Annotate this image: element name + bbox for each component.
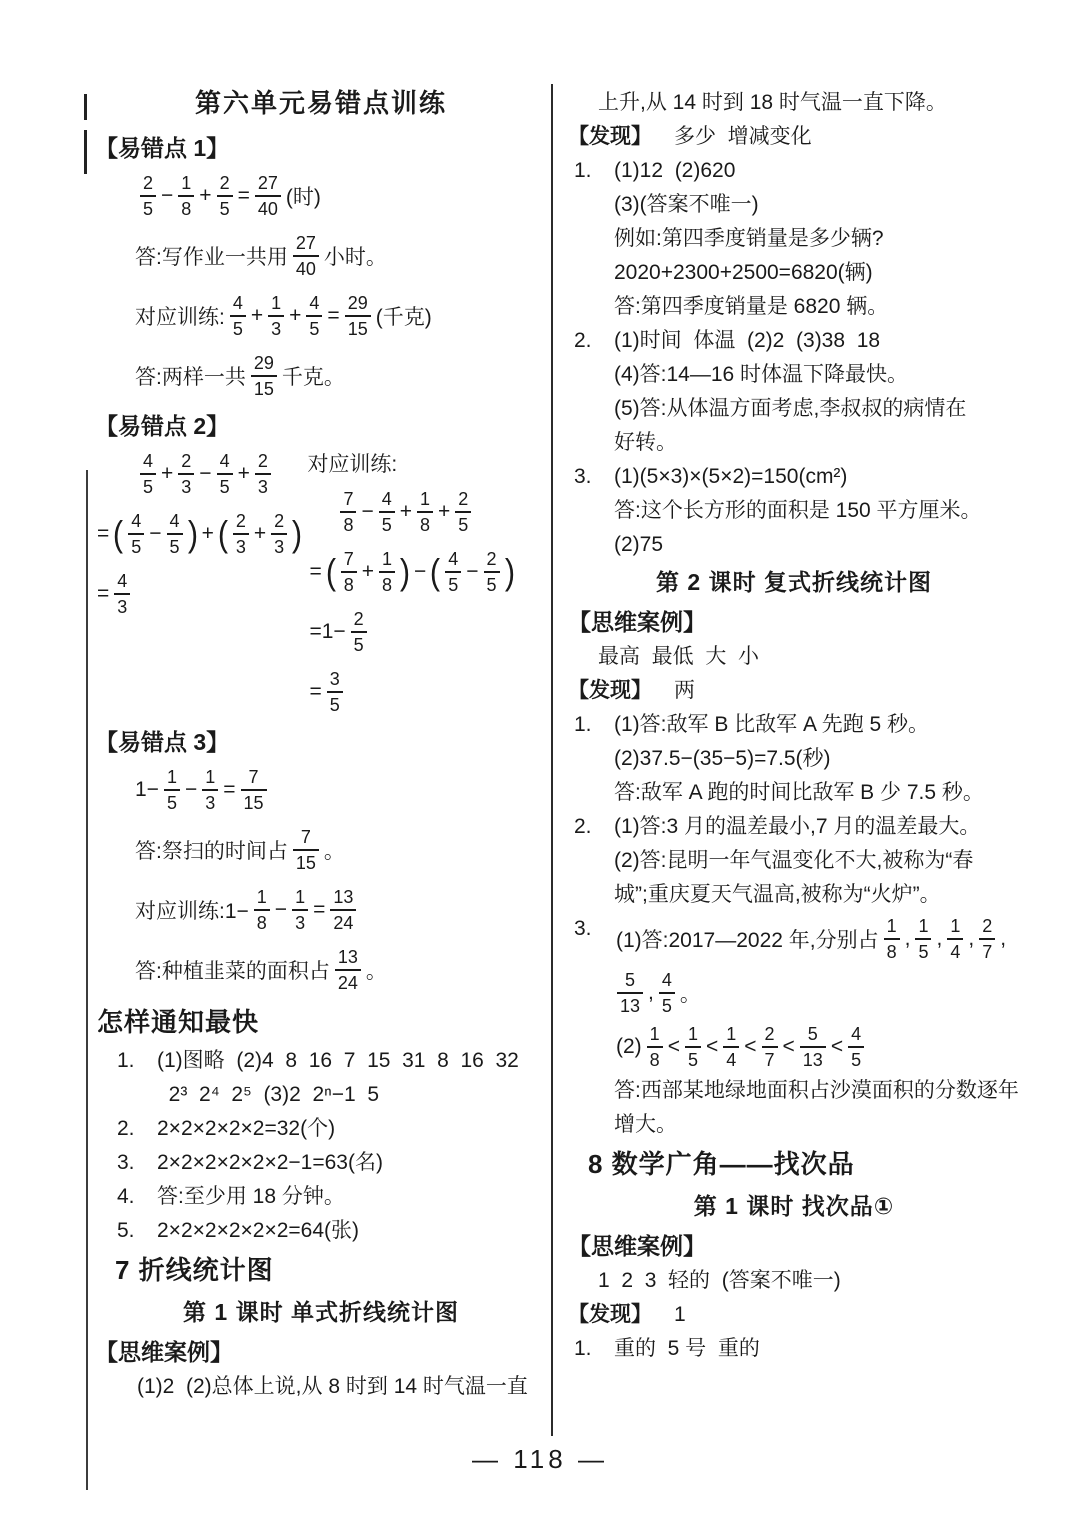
equation-line: =43 [95,564,307,624]
answer-item: 1.重的 5 号 重的 [568,1332,1020,1366]
fraction: 14 [947,917,963,961]
math-text: , [905,927,911,951]
item-number: 5. [95,1214,157,1248]
item-lines: (1)图略 (2)4 8 16 7 15 31 8 16 32 2³ 2⁴ 2⁵… [157,1044,547,1112]
math-text: 千克。 [282,361,345,391]
fraction: 45 [167,512,183,556]
workbook-answer-page: 第六单元易错点训练 【易错点 1】 25−18+25=2740(时) 答:写作业… [0,0,1080,1528]
math-text: (千克) [376,301,432,331]
fraction: 15 [164,768,180,812]
item-lines: (1)时间 体温 (2)2 (3)38 18(4)答:14—16 时体温下降最快… [614,324,1020,460]
answer-line: 513,45。 [614,966,1020,1020]
big-paren: ) [292,516,302,552]
math-text: 答:两样一共 [135,361,246,391]
math-text: + [438,500,450,524]
worked-solution-block: 45+23−45+23 =(45−45)+(23+23) =43 对应训练: 7… [95,444,547,722]
item-lines: (1)答:3 月的温差最小,7 月的温差最大。(2)答:昆明一年气温变化不大,被… [614,810,1020,912]
math-text: − [466,560,478,584]
answer-item: 5.2×2×2×2×2×2=64(张) [95,1214,547,1248]
math-text: = [97,522,109,546]
answer-line: (5)答:从体温方面考虑,李叔叔的病情在 [614,392,1020,426]
fraction: 25 [351,610,367,654]
math-text: + [202,522,214,546]
discovery-label: 【发现】 [568,120,652,154]
math-text: < [783,1035,795,1059]
math-text: + [289,304,301,328]
worked-solution-left: 45+23−45+23 =(45−45)+(23+23) =43 [95,444,307,722]
math-text: 答:写作业一共用 [135,241,288,271]
math-text: < [668,1035,680,1059]
fraction: 1324 [335,948,361,992]
answer-line: 1 2 3 轻的 (答案不唯一) [568,1264,1020,1298]
math-text: + [199,184,211,208]
equation-line: 1−15−13=715 [95,760,547,820]
answer-item: 2.2×2×2×2×2=32(个) [95,1112,547,1146]
item-number: 2. [568,810,614,912]
item-lines: (1)(5×3)×(5×2)=150(cm²)答:这个长方形的面积是 150 平… [614,460,1020,562]
fraction: 78 [341,550,357,594]
equation-line: =(78+18)−(45−25) [307,542,547,602]
column-divider [551,84,553,1436]
chapter-7-title: 7 折线统计图 [95,1248,547,1292]
math-text: 。 [366,955,387,985]
math-text: 。 [680,978,701,1008]
fraction: 45 [140,452,156,496]
answer-line: (1)时间 体温 (2)2 (3)38 18 [614,324,1020,358]
left-column: 第六单元易错点训练 【易错点 1】 25−18+25=2740(时) 答:写作业… [95,86,547,1404]
fraction: 35 [327,670,343,714]
math-text: (时) [286,181,321,211]
answer-line: 答:两样一共2915千克。 [95,346,547,406]
answer-item: 3.2×2×2×2×2×2−1=63(名) [95,1146,547,1180]
math-text: = [313,898,325,922]
math-text: + [400,500,412,524]
answer-line: 好转。 [614,426,1020,460]
fraction: 23 [255,452,271,496]
big-paren: ) [187,516,197,552]
math-text: (2) [616,1035,642,1059]
item-number: 4. [95,1180,157,1214]
answer-line: (4)答:14—16 时体温下降最快。 [614,358,1020,392]
item-lines: 答:至少用 18 分钟。 [157,1180,547,1214]
practice-label: 对应训练: [307,448,547,482]
answer-line: (3)(答案不唯一) [614,188,1020,222]
math-text: (1)答:2017—2022 年,分别占 [616,924,879,954]
fraction: 25 [484,550,500,594]
discovery-answer: 1 [674,1298,686,1332]
fraction: 23 [271,512,287,556]
right-column: 上升,从 14 时到 18 时气温一直下降。 【发现】 多少 增减变化 1.(1… [568,86,1020,1366]
answer-line: 答:祭扫的时间占715。 [95,820,547,880]
math-text: = [223,778,235,802]
chapter-8-title: 8 数学广角——找次品 [568,1142,1020,1186]
answer-line: 答:西部某地绿地面积占沙漠面积的分数逐年 [614,1074,1020,1108]
math-text: , [968,927,974,951]
fraction: 18 [178,174,194,218]
fraction: 13 [268,294,284,338]
big-paren: ) [504,554,514,590]
math-text: 小时。 [324,241,387,271]
error-point-2-header: 【易错点 2】 [95,408,547,444]
fraction: 25 [455,490,471,534]
answer-line: (1)(5×3)×(5×2)=150(cm²) [614,460,1020,494]
thinking-case-header: 【思维案例】 [95,1334,547,1370]
item-number: 1. [568,1332,614,1366]
answer-line: (2)18<15<14<27<513<45 [614,1020,1020,1074]
answer-line: (1)12 (2)620 [614,154,1020,188]
fraction: 715 [293,828,319,872]
fraction: 513 [800,1025,826,1069]
answer-item: 3.(1)答:2017—2022 年,分别占18,15,14,27,513,45… [568,912,1020,1142]
fraction: 2740 [293,234,319,278]
math-text: , [1000,927,1006,951]
math-text: , [648,981,654,1005]
answer-list: 1.(1)答:敌军 B 比敌军 A 先跑 5 秒。(2)37.5−(35−5)=… [568,708,1020,1142]
fraction: 45 [379,490,395,534]
math-text: − [414,560,426,584]
item-number: 1. [568,708,614,810]
answer-line: 重的 5 号 重的 [614,1332,1020,1366]
fraction: 78 [340,490,356,534]
item-lines: 2×2×2×2×2×2=64(张) [157,1214,547,1248]
fraction: 2740 [255,174,281,218]
math-text: + [238,462,250,486]
discovery-label: 【发现】 [568,674,652,708]
answer-line: 城”;重庆夏天气温高,被称为“火炉”。 [614,878,1020,912]
fraction: 27 [979,917,995,961]
answer-item: 4.答:至少用 18 分钟。 [95,1180,547,1214]
discovery-row: 【发现】 1 [568,1298,1020,1332]
math-text: 对应训练:1− [135,895,249,925]
math-text: − [149,522,161,546]
big-paren: ( [430,554,440,590]
answer-item: 2.(1)答:3 月的温差最小,7 月的温差最大。(2)答:昆明一年气温变化不大… [568,810,1020,912]
discovery-answer: 多少 增减变化 [674,120,812,154]
math-text: = [97,582,109,606]
math-text: + [362,560,374,584]
equation-line: =(45−45)+(23+23) [95,504,307,564]
answer-line: 答:写作业一共用2740小时。 [95,226,547,286]
wrapped-answer-line: 上升,从 14 时到 18 时气温一直下降。 [568,86,1020,120]
math-text: − [185,778,197,802]
fraction: 15 [685,1025,701,1069]
math-text: =1− [309,620,345,644]
answer-line: (2)答:昆明一年气温变化不大,被称为“春 [614,844,1020,878]
practice-line: 对应训练:1−18−13=1324 [95,880,547,940]
math-text: − [275,898,287,922]
lesson-1-find-defective-title: 第 1 课时 找次品① [568,1186,1020,1226]
lesson-1-title: 第 1 课时 单式折线统计图 [95,1292,547,1332]
scan-artifact-line [86,470,88,1490]
answer-line: (1)答:2017—2022 年,分别占18,15,14,27, [614,912,1020,966]
answer-line: (1)图略 (2)4 8 16 7 15 31 8 16 32 [157,1044,547,1078]
fraction: 14 [723,1025,739,1069]
section-title-fastest-notify: 怎样通知最快 [95,1000,547,1044]
answer-line: (1)2 (2)总体上说,从 8 时到 14 时气温一直 [95,1370,547,1404]
math-text: − [161,184,173,208]
math-text: 答:种植韭菜的面积占 [135,955,330,985]
discovery-row: 【发现】 多少 增减变化 [568,120,1020,154]
fraction: 513 [617,971,643,1015]
math-text: = [327,304,339,328]
answer-item: 1.(1)12 (2)620(3)(答案不唯一)例如:第四季度销量是多少辆?20… [568,154,1020,324]
answer-line: (2)75 [614,528,1020,562]
equation-line: 78−45+18+25 [307,482,547,542]
item-number: 3. [568,460,614,562]
answer-item: 1.(1)图略 (2)4 8 16 7 15 31 8 16 32 2³ 2⁴ … [95,1044,547,1112]
math-text: − [199,462,211,486]
big-paren: ( [113,516,123,552]
thinking-case-header: 【思维案例】 [568,1228,1020,1264]
answer-line: 答:第四季度销量是 6820 辆。 [614,290,1020,324]
fraction: 715 [241,768,267,812]
item-lines: 2×2×2×2×2×2−1=63(名) [157,1146,547,1180]
item-number: 2. [568,324,614,460]
math-text: − [361,500,373,524]
fraction: 23 [178,452,194,496]
math-text: < [744,1035,756,1059]
answer-line: 答:这个长方形的面积是 150 平方厘米。 [614,494,1020,528]
fraction: 18 [254,888,270,932]
error-point-3-header: 【易错点 3】 [95,724,547,760]
math-text: = [309,680,321,704]
unit-title: 第六单元易错点训练 [95,86,547,120]
item-lines: (1)12 (2)620(3)(答案不唯一)例如:第四季度销量是多少辆?2020… [614,154,1020,324]
page-number: — 118 — [0,1444,1080,1475]
discovery-row: 【发现】 两 [568,674,1020,708]
scan-artifact [84,130,87,174]
answer-item: 2.(1)时间 体温 (2)2 (3)38 18(4)答:14—16 时体温下降… [568,324,1020,460]
answer-line: (1)答:敌军 B 比敌军 A 先跑 5 秒。 [614,708,1020,742]
error-point-1-header: 【易错点 1】 [95,130,547,166]
fraction: 45 [230,294,246,338]
discovery-answer: 两 [674,674,695,708]
big-paren: ) [400,554,410,590]
practice-line: 对应训练:45+13+45=2915(千克) [95,286,547,346]
fraction: 25 [217,174,233,218]
answer-line: (1)答:3 月的温差最小,7 月的温差最大。 [614,810,1020,844]
math-text: + [251,304,263,328]
item-number: 2. [95,1112,157,1146]
answer-line: 答:至少用 18 分钟。 [157,1180,547,1214]
answer-line: 增大。 [614,1108,1020,1142]
worked-solution-right: 对应训练: 78−45+18+25 =(78+18)−(45−25) =1−25… [307,444,547,722]
fraction: 15 [915,917,931,961]
equation-line: 45+23−45+23 [95,444,307,504]
math-text: + [161,462,173,486]
fraction: 45 [659,971,675,1015]
fraction: 23 [233,512,249,556]
discovery-label: 【发现】 [568,1298,652,1332]
answer-list: 1.(1)12 (2)620(3)(答案不唯一)例如:第四季度销量是多少辆?20… [568,154,1020,562]
answer-item: 1.(1)答:敌军 B 比敌军 A 先跑 5 秒。(2)37.5−(35−5)=… [568,708,1020,810]
answer-item: 3.(1)(5×3)×(5×2)=150(cm²)答:这个长方形的面积是 150… [568,460,1020,562]
answer-line: 答:敌军 A 跑的时间比敌军 B 少 7.5 秒。 [614,776,1020,810]
fraction: 18 [417,490,433,534]
equation-line: =1−25 [307,602,547,662]
equation-line: 25−18+25=2740(时) [95,166,547,226]
scan-artifact [84,94,87,120]
answer-line: 2020+2300+2500=6820(辆) [614,256,1020,290]
item-number: 1. [95,1044,157,1112]
math-text: , [936,927,942,951]
fraction: 18 [647,1025,663,1069]
answer-line: (2)37.5−(35−5)=7.5(秒) [614,742,1020,776]
fraction: 27 [762,1025,778,1069]
fraction: 45 [848,1025,864,1069]
item-number: 3. [95,1146,157,1180]
item-lines: (1)答:敌军 B 比敌军 A 先跑 5 秒。(2)37.5−(35−5)=7.… [614,708,1020,810]
answer-line: 2×2×2×2×2×2=64(张) [157,1214,547,1248]
math-text: 答:祭扫的时间占 [135,835,288,865]
math-text: 对应训练: [135,301,225,331]
fraction: 45 [128,512,144,556]
answer-list: 1.重的 5 号 重的 [568,1332,1020,1366]
math-text: = [238,184,250,208]
fraction: 1324 [330,888,356,932]
item-number: 3. [568,912,614,1142]
fraction: 13 [202,768,218,812]
answer-line: 2×2×2×2×2×2−1=63(名) [157,1146,547,1180]
fraction: 2915 [345,294,371,338]
math-text: = [309,560,321,584]
fraction: 43 [114,572,130,616]
item-lines: 2×2×2×2×2=32(个) [157,1112,547,1146]
math-text: < [831,1035,843,1059]
fraction: 45 [445,550,461,594]
fraction: 2915 [251,354,277,398]
math-text: 。 [324,835,345,865]
answer-list: 1.(1)图略 (2)4 8 16 7 15 31 8 16 32 2³ 2⁴ … [95,1044,547,1248]
answer-line: 2×2×2×2×2=32(个) [157,1112,547,1146]
fraction: 25 [140,174,156,218]
item-number: 1. [568,154,614,324]
fraction: 18 [379,550,395,594]
fraction: 45 [306,294,322,338]
fraction: 18 [884,917,900,961]
answer-line: 2³ 2⁴ 2⁵ (3)2 2ⁿ−1 5 [157,1078,547,1112]
math-text: + [254,522,266,546]
thinking-case-header: 【思维案例】 [568,604,1020,640]
lesson-2-title: 第 2 课时 复式折线统计图 [568,562,1020,602]
answer-line: 最高 最低 大 小 [568,640,1020,674]
fraction: 45 [217,452,233,496]
math-text: < [706,1035,718,1059]
item-lines: (1)答:2017—2022 年,分别占18,15,14,27,513,45。(… [614,912,1020,1142]
fraction: 13 [292,888,308,932]
answer-line: 答:种植韭菜的面积占1324。 [95,940,547,1000]
equation-line: =35 [307,662,547,722]
answer-line: 例如:第四季度销量是多少辆? [614,222,1020,256]
math-text: 1− [135,778,159,802]
item-lines: 重的 5 号 重的 [614,1332,1020,1366]
big-paren: ( [218,516,228,552]
big-paren: ( [326,554,336,590]
